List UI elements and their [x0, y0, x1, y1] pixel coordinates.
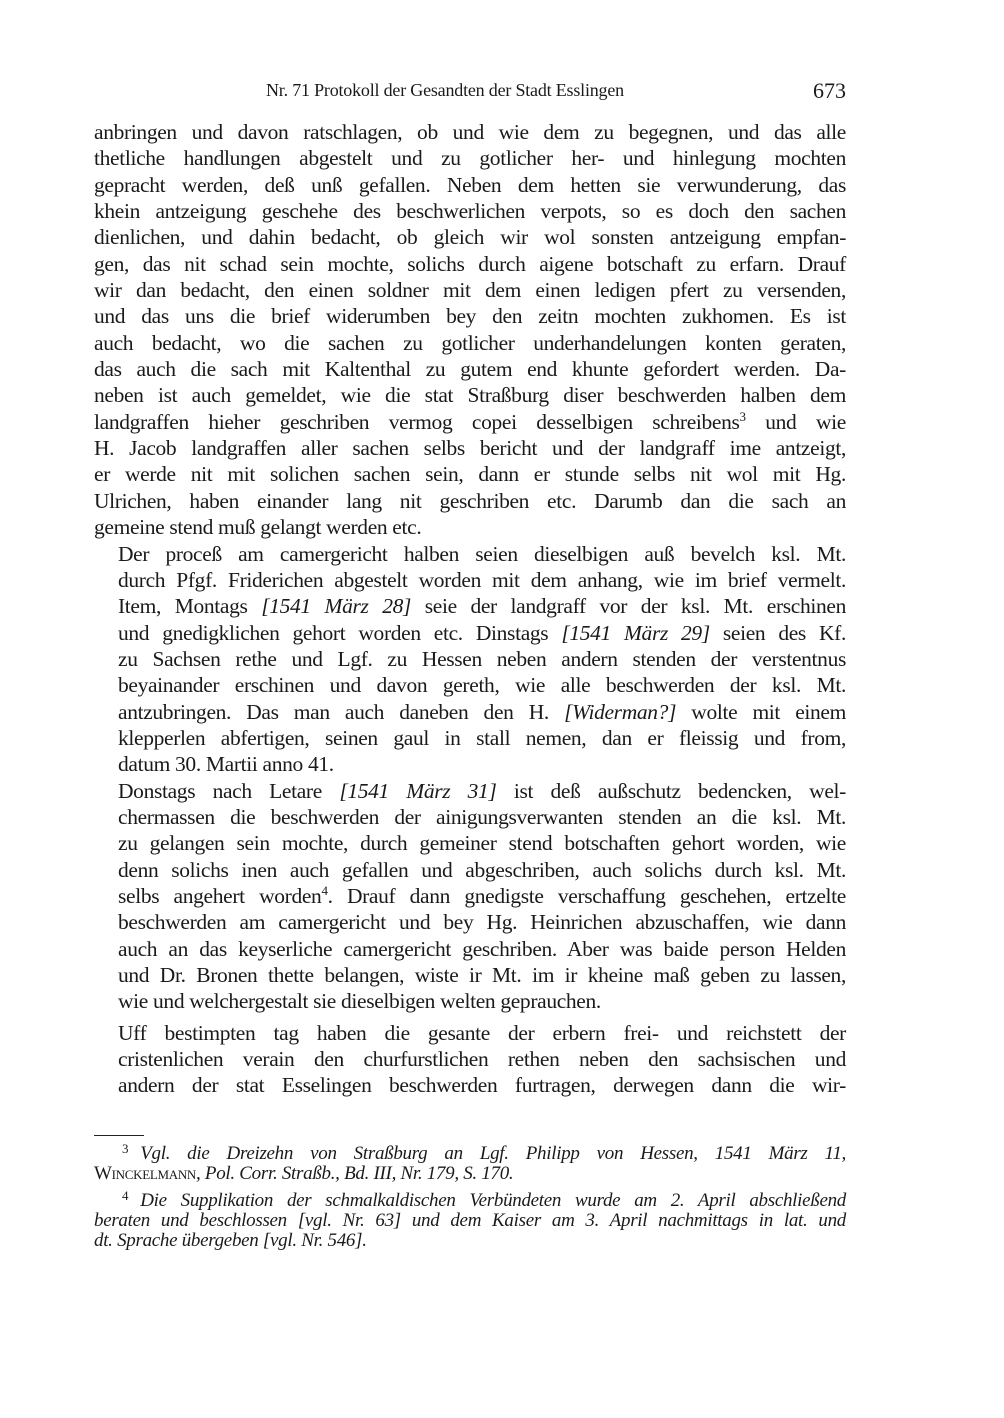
- text-line: auch bedacht, wo die sachen zu gotlicher…: [94, 330, 846, 356]
- page-header: Nr. 71 Protokoll der Gesandten der Stadt…: [94, 78, 846, 108]
- footnote-separator: [94, 1135, 144, 1136]
- text-line: zu Sachsen rethe und Lgf. zu Hessen nebe…: [94, 646, 846, 672]
- footnote-line: 3Vgl. die Dreizehn von Straßburg an Lgf.…: [94, 1139, 846, 1164]
- text-line: datum 30. Martii anno 41.: [94, 751, 846, 777]
- text-line: chermassen die beschwerden der ainigungs…: [94, 804, 846, 830]
- text-line: selbs angehert worden4. Drauf dann gnedi…: [94, 883, 846, 909]
- author-name: Winckelmann: [94, 1163, 196, 1184]
- text-line: H. Jacob landgraffen aller sachen selbs …: [94, 435, 846, 461]
- text-line: landgraffen hieher geschriben vermog cop…: [94, 409, 846, 435]
- text-line: neben ist auch gemeldet, wie die stat St…: [94, 382, 846, 408]
- text-line: gemeine stend muß gelangt werden etc.: [94, 514, 846, 540]
- footnote-line: 4Die Supplikation der schmalkaldischen V…: [94, 1186, 846, 1211]
- text-line: antzubringen. Das man auch daneben den H…: [94, 699, 846, 725]
- text-line: denn solichs inen auch gefallen und abge…: [94, 857, 846, 883]
- footnote-number: 3: [122, 1141, 128, 1156]
- text-line: wir dan bedacht, den einen soldner mit d…: [94, 277, 846, 303]
- text-line: dienlichen, und dahin bedacht, ob gleich…: [94, 224, 846, 250]
- paragraph: Der proceß am camergericht halben seien …: [94, 541, 846, 778]
- editorial-date: [1541 März 29]: [561, 621, 710, 645]
- editorial-date: [1541 März 28]: [261, 594, 411, 618]
- footnote-number: 4: [122, 1188, 128, 1203]
- text-line: durch Pfgf. Friderichen abgestelt worden…: [94, 567, 846, 593]
- text-line: zu gelangen sein mochte, durch gemeiner …: [94, 830, 846, 856]
- text-line: wie und welchergestalt sie dieselbigen w…: [94, 988, 846, 1014]
- text-line: beschwerden am camergericht und bey Hg. …: [94, 909, 846, 935]
- paragraph: Uff bestimpten tag haben die gesante der…: [94, 1020, 846, 1099]
- text-line: und Dr. Bronen thette belangen, wiste ir…: [94, 962, 846, 988]
- footnote-line: beraten und beschlossen [vgl. Nr. 63] un…: [94, 1211, 846, 1231]
- paragraph: anbringen und davon ratschlagen, ob und …: [94, 119, 846, 541]
- running-title: Nr. 71 Protokoll der Gesandten der Stadt…: [266, 80, 624, 101]
- text-line: Uff bestimpten tag haben die gesante der…: [94, 1020, 846, 1046]
- text-line: gen, das nit schad sein mochte, solichs …: [94, 251, 846, 277]
- text-line: auch an das keyserliche camergericht ges…: [94, 936, 846, 962]
- text-line: anbringen und davon ratschlagen, ob und …: [94, 119, 846, 145]
- text-line: Donstags nach Letare [1541 März 31] ist …: [94, 778, 846, 804]
- text-line: Ulrichen, haben einander lang nit geschr…: [94, 488, 846, 514]
- text-line: und gnedigklichen gehort worden etc. Din…: [94, 620, 846, 646]
- text-line: gepracht werden, deß unß gefallen. Neben…: [94, 172, 846, 198]
- text-line: Der proceß am camergericht halben seien …: [94, 541, 846, 567]
- footnotes: 3Vgl. die Dreizehn von Straßburg an Lgf.…: [94, 1139, 846, 1253]
- footnote-line: dt. Sprache übergeben [vgl. Nr. 546].: [94, 1231, 846, 1251]
- page-number: 673: [813, 78, 846, 104]
- text-line: das auch die sach mit Kaltenthal zu gute…: [94, 356, 846, 382]
- text-line: cristenlichen verain den churfurstlichen…: [94, 1046, 846, 1072]
- text-line: und das uns die brief widerumben bey den…: [94, 303, 846, 329]
- paragraph: Donstags nach Letare [1541 März 31] ist …: [94, 778, 846, 1015]
- text-line: Item, Montags [1541 März 28] seie der la…: [94, 593, 846, 619]
- text-line: beyainander erschinen und davon gereth, …: [94, 672, 846, 698]
- text-line: er werde nit mit solichen sachen sein, d…: [94, 461, 846, 487]
- text-line: thetliche handlungen abgestelt und zu go…: [94, 145, 846, 171]
- footnote-line: Winckelmann, Pol. Corr. Straßb., Bd. III…: [94, 1164, 846, 1184]
- editorial-date: [1541 März 31]: [339, 779, 496, 803]
- footnote-3: 3Vgl. die Dreizehn von Straßburg an Lgf.…: [94, 1139, 846, 1184]
- text-line: andern der stat Esselingen beschwerden f…: [94, 1072, 846, 1098]
- text-line: khein antzeigung geschehe des beschwerli…: [94, 198, 846, 224]
- footnote-4: 4Die Supplikation der schmalkaldischen V…: [94, 1186, 846, 1251]
- editorial-note: [Widerman?]: [564, 700, 676, 724]
- body-text: anbringen und davon ratschlagen, ob und …: [94, 119, 846, 1099]
- text-line: klepperlen abfertigen, seinen gaul in st…: [94, 725, 846, 751]
